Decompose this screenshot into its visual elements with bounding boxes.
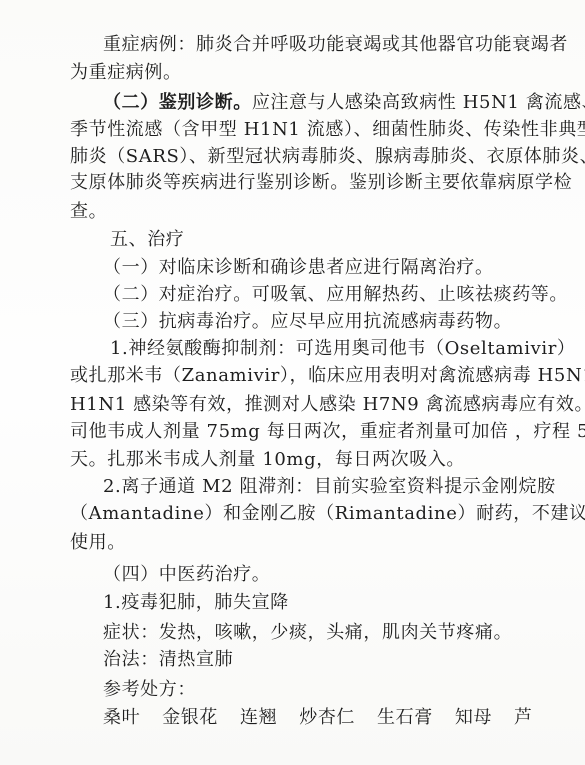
herb-item: 炒杏仁	[299, 707, 355, 729]
herb-item: 知母	[455, 707, 492, 729]
herb-item: 金银花	[162, 707, 218, 729]
tcm-treatment-method: 治法：清热宣肺	[103, 649, 510, 671]
neuraminidase-line-4: 司他韦成人剂量 75mg 每日两次，重症者剂量可加倍 ，疗程 5-7	[70, 421, 510, 443]
scanned-document-page: 重症病例：肺炎合并呼吸功能衰竭或其他器官功能衰竭者 为重症病例。 （二）鉴别诊断…	[0, 0, 585, 765]
treatment-item-1: （一）对临床诊断和确诊患者应进行隔离治疗。	[103, 257, 510, 279]
differential-diagnosis-line-4: 支原体肺炎等疾病进行鉴别诊断。鉴别诊断主要依靠病原学检	[70, 172, 510, 194]
severe-case-line-1: 重症病例：肺炎合并呼吸功能衰竭或其他器官功能衰竭者	[103, 34, 510, 56]
differential-diagnosis-line-5: 查。	[70, 201, 510, 223]
neuraminidase-line-3: H1N1 感染等有效，推测对人感染 H7N9 禽流感病毒应有效。奥	[70, 394, 510, 416]
differential-diagnosis-text: 应注意与人感染高致病性 H5N1 禽流感、	[252, 92, 585, 113]
differential-diagnosis-line-3: 肺炎（SARS）、新型冠状病毒肺炎、腺病毒肺炎、衣原体肺炎、	[70, 146, 510, 168]
differential-diagnosis-heading: （二）鉴别诊断。	[103, 92, 252, 113]
herb-item: 连翘	[240, 707, 277, 729]
m2-blocker-line-2: （Amantadine）和金刚乙胺（Rimantadine）耐药，不建议单独	[70, 503, 510, 525]
differential-diagnosis-line-2: 季节性流感（含甲型 H1N1 流感）、细菌性肺炎、传染性非典型	[70, 119, 510, 141]
m2-blocker-line-1: 2.离子通道 M2 阻滞剂：目前实验室资料提示金刚烷胺	[103, 476, 510, 498]
tcm-symptoms: 症状：发热，咳嗽，少痰，头痛，肌肉关节疼痛。	[103, 622, 510, 644]
tcm-heading: （四）中医药治疗。	[103, 564, 510, 586]
tcm-prescription-label: 参考处方：	[103, 679, 510, 701]
herb-item: 生石膏	[377, 707, 433, 729]
tcm-pattern-1: 1.疫毒犯肺，肺失宣降	[103, 592, 510, 614]
treatment-item-3: （三）抗病毒治疗。应尽早应用抗流感病毒药物。	[103, 311, 510, 333]
severe-case-line-2: 为重症病例。	[70, 62, 510, 84]
neuraminidase-line-5: 天。扎那米韦成人剂量 10mg，每日两次吸入。	[70, 449, 510, 471]
section-5-title: 五、治疗	[110, 229, 517, 251]
herb-list: 桑叶金银花连翘炒杏仁生石膏知母芦	[103, 707, 510, 729]
herb-item: 芦	[514, 707, 533, 729]
herb-item: 桑叶	[103, 707, 140, 729]
differential-diagnosis-line-1: （二）鉴别诊断。应注意与人感染高致病性 H5N1 禽流感、	[103, 92, 510, 114]
neuraminidase-line-2: 或扎那米韦（Zanamivir），临床应用表明对禽流感病毒 H5N1 和	[70, 365, 510, 387]
neuraminidase-line-1: 1.神经氨酸酶抑制剂：可选用奥司他韦（Oseltamivir）	[110, 338, 517, 360]
treatment-item-2: （二）对症治疗。可吸氧、应用解热药、止咳祛痰药等。	[103, 284, 510, 306]
m2-blocker-line-3: 使用。	[70, 532, 510, 554]
